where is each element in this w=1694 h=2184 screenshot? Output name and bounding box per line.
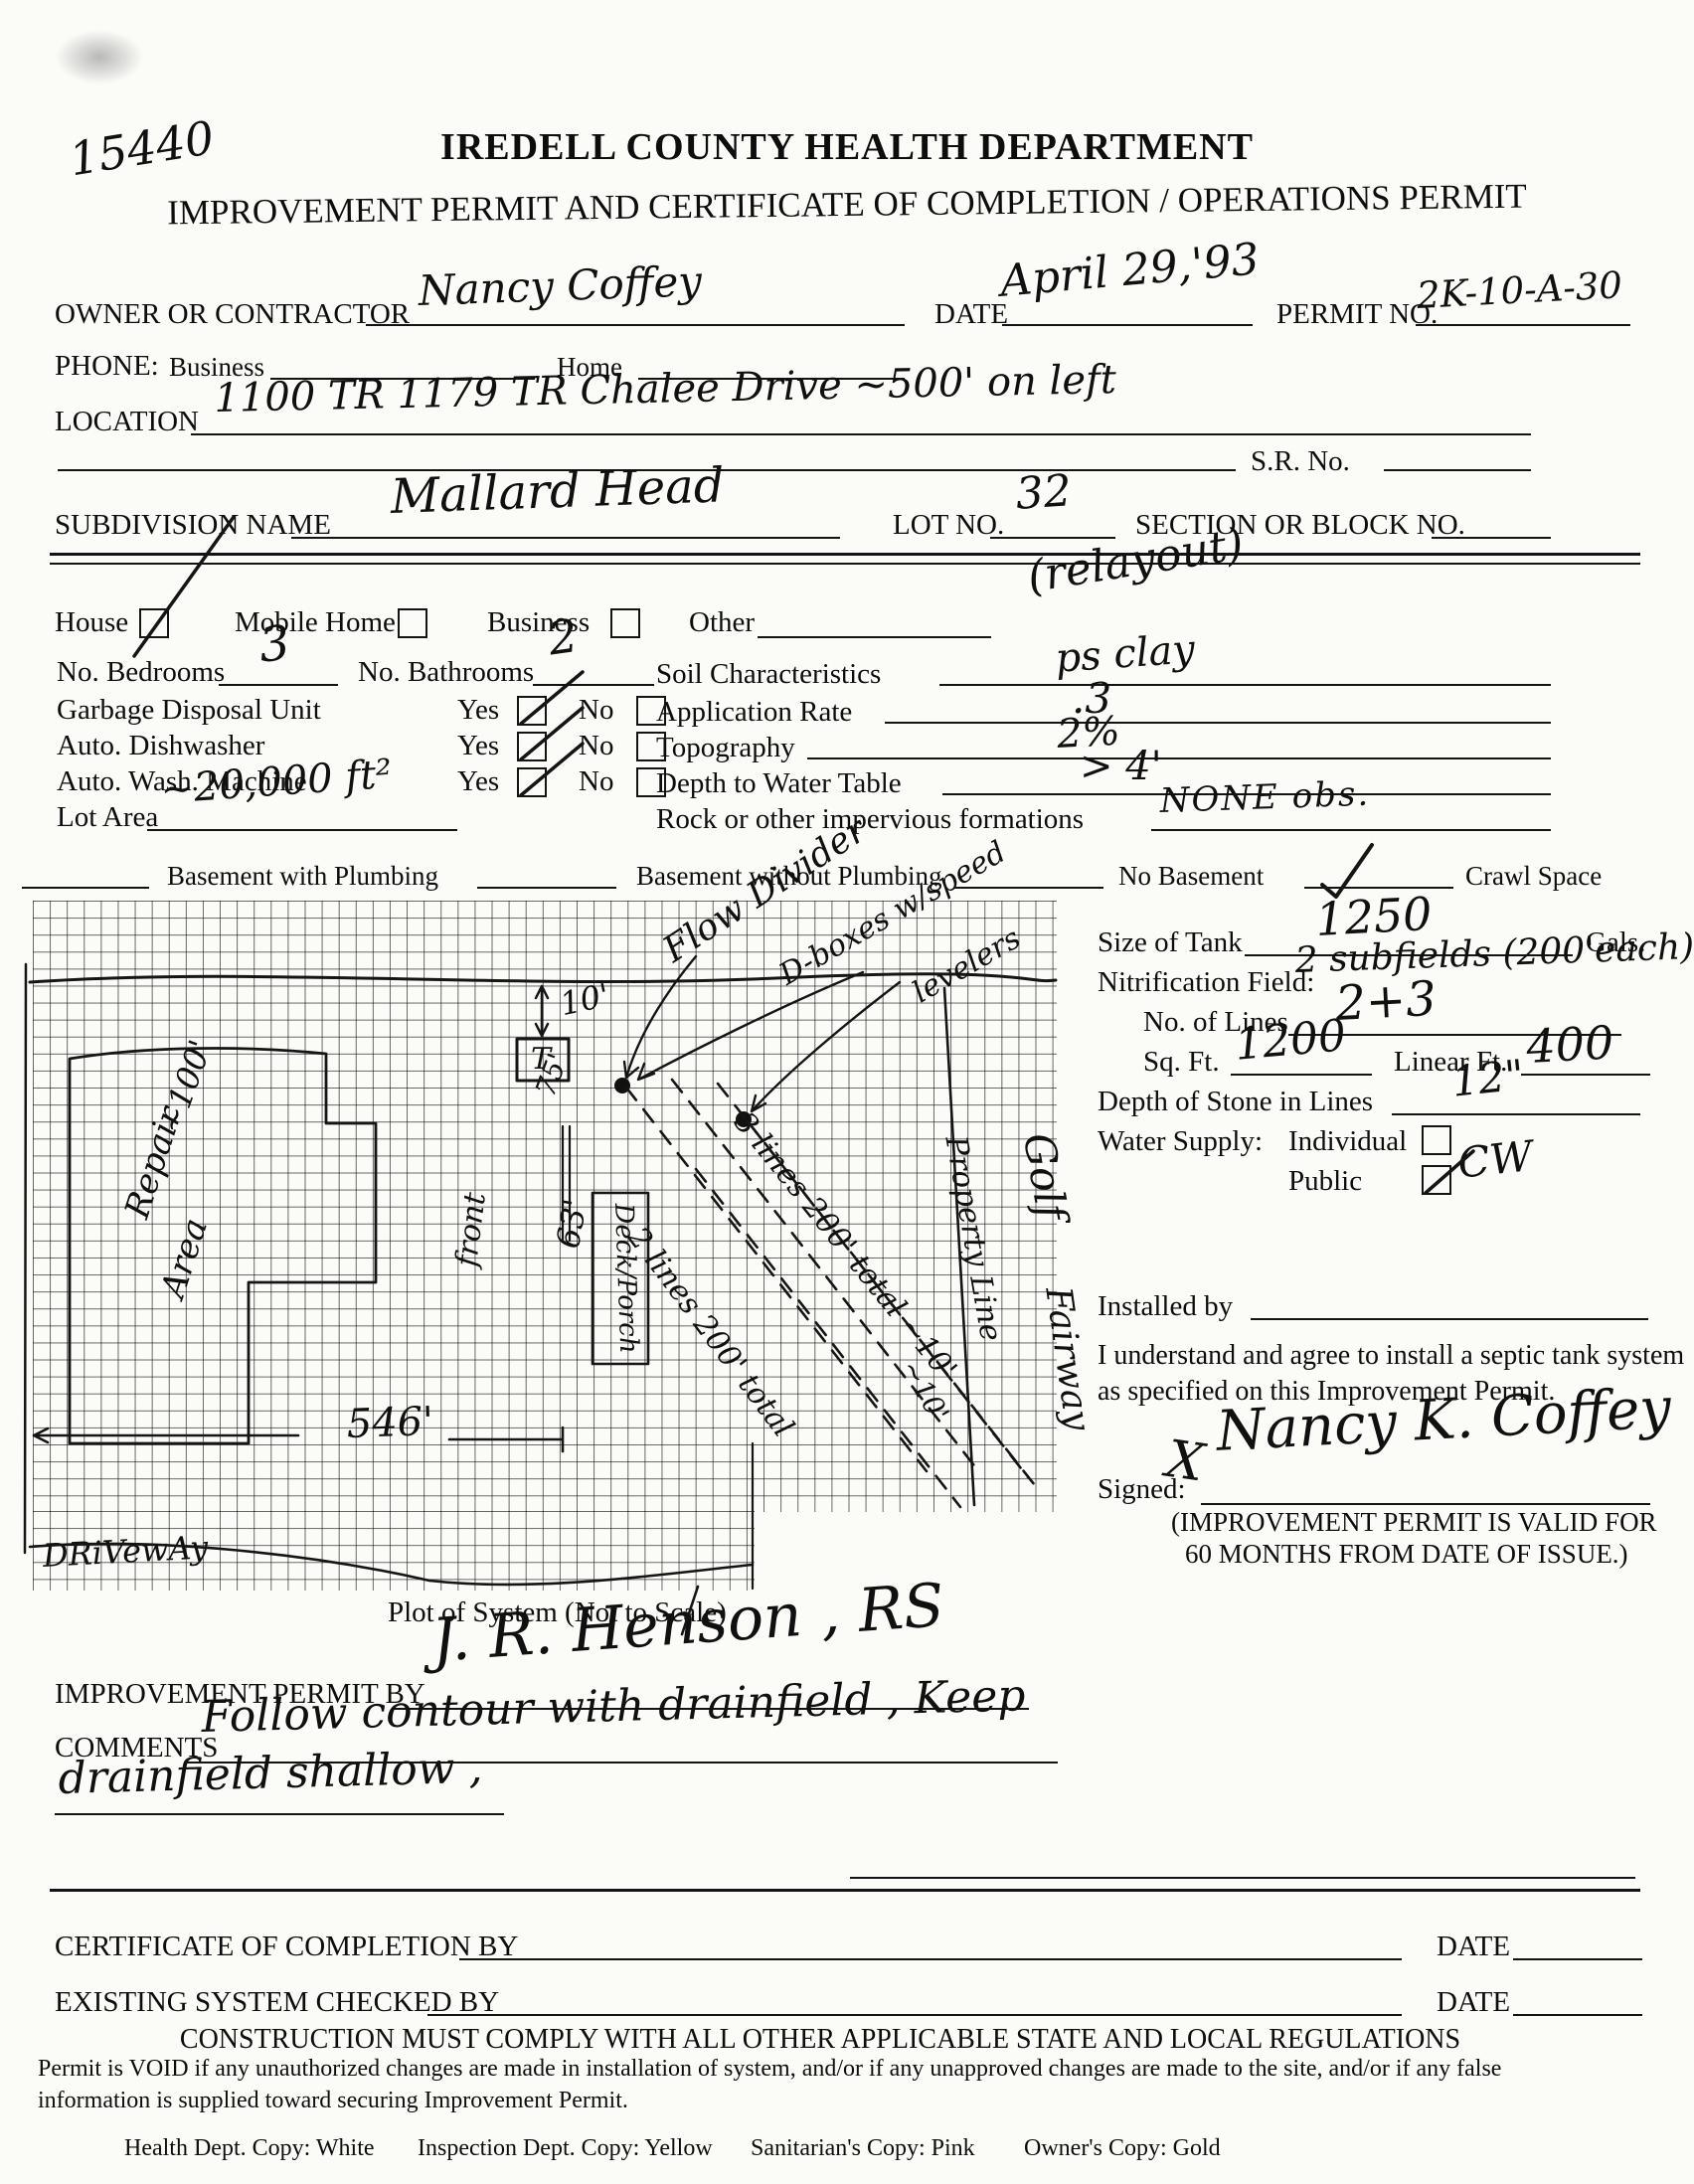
- form-subtitle: IMPROVEMENT PERMIT AND CERTIFICATE OF CO…: [0, 175, 1694, 236]
- dim-546ft-label: 546': [346, 1399, 434, 1447]
- bedrooms-label: No. Bedrooms: [57, 656, 225, 689]
- appliance-no-label: No: [579, 694, 613, 727]
- permit-no-label: PERMIT NO.: [1276, 298, 1438, 331]
- rock-line: [1151, 829, 1551, 831]
- subdivision-line: [291, 537, 840, 539]
- existing-date-label: DATE: [1437, 1986, 1510, 2019]
- topography-label: Topography: [656, 732, 795, 764]
- permit-no-value: 2K-10-A-30: [1416, 263, 1623, 317]
- lot-area-line: [147, 829, 457, 831]
- mobile-home-checkbox: [398, 608, 427, 638]
- public-checkbox: [1422, 1165, 1451, 1195]
- appliance-row-label: Auto. Dishwasher: [57, 730, 264, 762]
- lot-no-label: LOT NO.: [893, 509, 1004, 542]
- stone-depth-label: Depth of Stone in Lines: [1098, 1086, 1373, 1118]
- signed-line: [1201, 1503, 1650, 1505]
- phone-label: PHONE:: [55, 350, 159, 383]
- certificate-date-label: DATE: [1437, 1931, 1510, 1963]
- copy-owner: Owner's Copy: Gold: [1024, 2135, 1221, 2162]
- form-title: IREDELL COUNTY HEALTH DEPARTMENT: [0, 125, 1694, 169]
- left-property-line: [25, 964, 26, 1553]
- appliance-yes-label: Yes: [457, 694, 499, 727]
- bathrooms-label: No. Bathrooms: [358, 656, 534, 689]
- copy-inspection: Inspection Dept. Copy: Yellow: [418, 2135, 713, 2162]
- appliance-no-label: No: [579, 730, 613, 762]
- validity-line-1: (IMPROVEMENT PERMIT IS VALID FOR: [1171, 1507, 1657, 1538]
- appliance-yes-checkbox: [517, 767, 547, 797]
- certificate-by-line: [459, 1958, 1402, 1960]
- copy-health: Health Dept. Copy: White: [124, 2135, 375, 2162]
- divider-rule-top: [50, 553, 1640, 556]
- owner-value: Nancy Coffey: [418, 256, 703, 315]
- nitrification-label: Nitrification Field:: [1098, 966, 1314, 999]
- scan-smudge: [55, 30, 144, 84]
- location-value: 1100 TR 1179 TR Chalee Drive ~500' on le…: [214, 357, 1116, 421]
- owner-label: OWNER OR CONTRACTOR: [55, 298, 410, 331]
- linear-ft-line: [1521, 1074, 1650, 1076]
- section-line: [1432, 537, 1551, 539]
- house-label: House: [55, 606, 128, 639]
- bedrooms-value: 3: [256, 615, 292, 674]
- sr-no-label: S.R. No.: [1251, 445, 1350, 478]
- no-basement-label: No Basement: [1118, 861, 1264, 892]
- house-checkbox: [139, 608, 169, 638]
- water-supply-label: Water Supply:: [1098, 1125, 1263, 1158]
- deck-porch-label: Deck/Porch: [608, 1203, 643, 1354]
- bedrooms-line: [219, 684, 338, 686]
- stone-depth-line: [1392, 1113, 1640, 1115]
- basement-with-line: [22, 887, 149, 889]
- application-rate-label: Application Rate: [656, 696, 852, 729]
- scanned-permit-form: { "form": { "serial": "15440", "title": …: [0, 0, 1694, 2184]
- certificate-date-line: [1513, 1958, 1642, 1960]
- stone-depth-value: 12": [1449, 1050, 1526, 1105]
- soil-line: [939, 684, 1551, 686]
- installed-by-label: Installed by: [1098, 1290, 1233, 1323]
- sr-no-line: [1384, 469, 1531, 471]
- appliance-yes-checkbox: [517, 732, 547, 761]
- water-table-value: > 4': [1080, 744, 1162, 789]
- sqft-line: [1231, 1074, 1372, 1076]
- appliance-yes-checkbox: [517, 696, 547, 726]
- business-checkbox: [610, 608, 640, 638]
- validity-line-2: 60 MONTHS FROM DATE OF ISSUE.): [1185, 1539, 1628, 1570]
- sqft-value: 1200: [1233, 1010, 1348, 1071]
- other-label: Other: [689, 606, 755, 639]
- tank-size-label: Size of Tank: [1098, 926, 1243, 959]
- agreement-line-1: I understand and agree to install a sept…: [1098, 1340, 1684, 1372]
- lower-double-rule: [50, 1889, 1640, 1892]
- copy-sanitarian: Sanitarian's Copy: Pink: [751, 2135, 975, 2162]
- date-value: April 29,'93: [998, 234, 1262, 307]
- rock-label: Rock or other impervious formations: [656, 803, 1084, 836]
- crawl-space-label: Crawl Space: [1465, 861, 1602, 892]
- basement-with-label: Basement with Plumbing: [167, 861, 438, 892]
- location-label: LOCATION: [55, 406, 199, 438]
- subdivision-value: Mallard Head: [390, 457, 725, 525]
- other-line: [758, 636, 991, 638]
- void-text-1: Permit is VOID if any unauthorized chang…: [38, 2056, 1501, 2083]
- no-basement-line: [954, 887, 1103, 889]
- owner-signature-mark: X: [1163, 1429, 1208, 1494]
- lot-no-line: [990, 537, 1115, 539]
- void-text-2: information is supplied toward securing …: [38, 2088, 628, 2114]
- appliance-yes-label: Yes: [457, 765, 499, 798]
- construction-notice: CONSTRUCTION MUST COMPLY WITH ALL OTHER …: [45, 2024, 1596, 2056]
- basement-without-line: [477, 887, 616, 889]
- existing-system-line: [427, 2014, 1402, 2016]
- location-line: [191, 433, 1531, 435]
- graph-paper-grid: [33, 901, 1057, 1512]
- owner-line: [366, 324, 905, 326]
- no-of-lines-value: 2+3: [1334, 971, 1438, 1032]
- linear-ft-value: 400: [1525, 1015, 1615, 1074]
- comments-line-2: [55, 1813, 504, 1815]
- divider-rule-bottom: [50, 563, 1640, 565]
- soil-label: Soil Characteristics: [656, 658, 881, 691]
- appliance-row-label: Garbage Disposal Unit: [57, 694, 321, 727]
- water-table-label: Depth to Water Table: [656, 767, 902, 800]
- date-label: DATE: [934, 298, 1008, 331]
- lot-area-label: Lot Area: [57, 801, 158, 834]
- public-cw-note: CW: [1455, 1131, 1535, 1188]
- individual-label: Individual: [1288, 1125, 1407, 1158]
- bathrooms-line: [533, 684, 654, 686]
- appliance-yes-label: Yes: [457, 730, 499, 762]
- appliance-no-label: No: [579, 765, 613, 798]
- certificate-by-label: CERTIFICATE OF COMPLETION BY: [55, 1931, 518, 1963]
- lot-no-value: 32: [1014, 465, 1073, 520]
- subdivision-label: SUBDIVISION NAME: [55, 509, 331, 542]
- spare-rule-right: [850, 1877, 1635, 1879]
- date-line: [1002, 324, 1253, 326]
- installed-by-line: [1251, 1318, 1648, 1320]
- application-rate-line: [885, 722, 1551, 724]
- crawl-space-checkmark: [1322, 845, 1372, 897]
- sqft-label: Sq. Ft.: [1143, 1046, 1220, 1079]
- individual-checkbox: [1422, 1125, 1451, 1155]
- public-label: Public: [1288, 1165, 1362, 1198]
- topography-line: [807, 757, 1551, 759]
- comments-value-2: drainfield shallow ,: [58, 1743, 483, 1804]
- rock-value: NONE obs.: [1159, 774, 1371, 821]
- existing-date-line: [1513, 2014, 1642, 2016]
- permit-no-line: [1416, 324, 1630, 326]
